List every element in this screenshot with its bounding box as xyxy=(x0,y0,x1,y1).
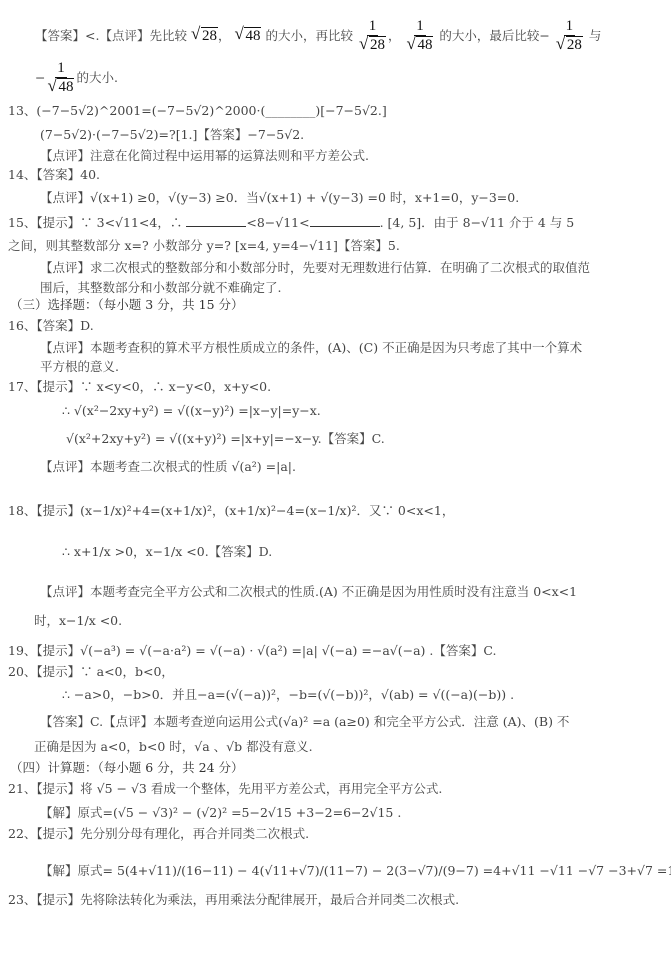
q17-comment: 【点评】本题考查二次根式的性质 √(a²) =|a|. xyxy=(40,459,296,475)
q15-line-1: 15、【提示】∵ 3<√11<4，∴ <8−√11<. [4, 5]．由于 8−… xyxy=(8,215,574,231)
q14-comment-text: √(x+1) ≥0，√(y−3) ≥0．当√(x+1) + √(y−3) =0 … xyxy=(90,190,519,205)
q18-comment-1: 【点评】本题考查完全平方公式和二次根式的性质.(A) 不正确是因为用性质时没有注… xyxy=(40,584,577,600)
q13-hint: (−7−5√2)^2001=(−7−5√2)^2000·(________)[−… xyxy=(36,103,386,118)
question-number: 14、 xyxy=(8,167,36,182)
q16-answer-text: 【答案】D. xyxy=(36,318,93,333)
blank xyxy=(310,226,380,227)
q22-solution: 【解】原式= 5(4+√11)/(16−11) − 4(√11+√7)/(11−… xyxy=(40,863,671,879)
fraction: 128 xyxy=(556,18,583,55)
intro-text: 的大小，再比较 xyxy=(265,28,353,43)
blank xyxy=(186,226,246,227)
answer-value: <. xyxy=(85,28,99,43)
section-3-heading: （三）选择题：（每小题 3 分，共 15 分） xyxy=(10,297,244,313)
question-number: 23、 xyxy=(8,892,36,907)
intro-text: 先比较 xyxy=(149,28,187,43)
fraction: 148 xyxy=(406,18,433,55)
intro-text: 的大小. xyxy=(76,70,117,85)
answer-label: 【答案】 xyxy=(35,28,85,43)
q16-answer: 16、【答案】D. xyxy=(8,318,94,334)
comment-label: 【点评】 xyxy=(99,28,149,43)
q19-text: 【提示】√(−a³) = √(−a·a²) = √(−a) · √(a²) =|… xyxy=(36,643,496,658)
q13-line-1: 13、(−7−5√2)^2001=(−7−5√2)^2000·(________… xyxy=(8,103,387,119)
q21-hint-text: 【提示】将 √5 − √3 看成一个整体，先用平方差公式，再用完全平方公式. xyxy=(36,781,442,796)
q23-hint: 23、【提示】先将除法转化为乘法，再用乘法分配律展开，最后合并同类二次根式. xyxy=(8,892,459,908)
question-number: 15、 xyxy=(8,215,36,230)
q22-hint: 22、【提示】先分别分母有理化，再合并同类二次根式. xyxy=(8,826,309,842)
q15-text: <8−√11< xyxy=(246,215,309,230)
question-number: 21、 xyxy=(8,781,36,796)
sqrt-28: 28 xyxy=(191,28,218,44)
q20-answer-1: 【答案】C.【点评】本题考查逆向运用公式(√a)² =a (a≥0) 和完全平方… xyxy=(40,714,569,730)
q20-line-2: ∴ −a>0，−b>0．并且−a=(√(−a))²，−b=(√(−b))²，√(… xyxy=(62,687,514,703)
q17-line-1: ∴ √(x²−2xy+y²) = √((x−y)²) =|x−y|=y−x. xyxy=(62,403,321,419)
q20-hint-text: 【提示】∵ a<0，b<0， xyxy=(36,664,174,679)
intro-line-1: 【答案】<.【点评】先比较 28， 48 的大小，再比较 128， 148 的大… xyxy=(35,18,601,55)
q23-hint-text: 【提示】先将除法转化为乘法，再用乘法分配律展开，最后合并同类二次根式. xyxy=(36,892,459,907)
q14-comment: 【点评】√(x+1) ≥0，√(y−3) ≥0．当√(x+1) + √(y−3)… xyxy=(40,190,519,206)
q19-hint: 19、【提示】√(−a³) = √(−a·a²) = √(−a) · √(a²)… xyxy=(8,643,496,659)
question-number: 20、 xyxy=(8,664,36,679)
intro-line-2: −148的大小. xyxy=(35,60,118,97)
question-number: 22、 xyxy=(8,826,36,841)
q14-answer-text: 【答案】40. xyxy=(36,167,100,182)
question-number: 17、 xyxy=(8,379,36,394)
q18-line-2: ∴ x+1/x >0，x−1/x <0.【答案】D. xyxy=(62,544,272,560)
fraction: 148 xyxy=(47,60,74,97)
comment-label: 【点评】 xyxy=(40,190,90,205)
q18-hint: 18、【提示】(x−1/x)²+4=(x+1/x)²，(x+1/x)²−4=(x… xyxy=(8,503,454,519)
q16-comment-2: 平方根的意义. xyxy=(40,359,119,375)
intro-text: 与 xyxy=(589,28,602,43)
q20-answer-2: 正确是因为 a<0，b<0 时，√a 、√b 都没有意义. xyxy=(34,739,313,755)
q18-comment-2: 时，x−1/x <0. xyxy=(34,613,122,629)
q15-line-2: 之间，则其整数部分 x=? 小数部分 y=? [x=4, y=4−√11]【答案… xyxy=(8,238,400,254)
q21-solution: 【解】原式=(√5 − √3)² − (√2)² =5−2√15 +3−2=6−… xyxy=(40,805,401,821)
fraction: 128 xyxy=(359,18,386,55)
question-number: 19、 xyxy=(8,643,36,658)
q17-hint-text: 【提示】∵ x<y<0，∴ x−y<0，x+y<0. xyxy=(36,379,271,394)
q20-hint: 20、【提示】∵ a<0，b<0， xyxy=(8,664,174,680)
q16-comment-1: 【点评】本题考查积的算术平方根性质成立的条件，(A)、(C) 不正确是因为只考虑… xyxy=(40,340,582,356)
section-4-heading: （四）计算题：（每小题 6 分，共 24 分） xyxy=(10,760,244,776)
q15-text: . [4, 5]．由于 8−√11 介于 4 与 5 xyxy=(380,215,575,230)
intro-text: 的大小，最后比较− xyxy=(439,28,549,43)
question-number: 13、 xyxy=(8,103,36,118)
sqrt-48: 48 xyxy=(234,28,261,44)
q17-line-2: √(x²+2xy+y²) = √((x+y)²) =|x+y|=−x−y.【答案… xyxy=(66,431,385,447)
question-number: 16、 xyxy=(8,318,36,333)
q13-line-2: (7−5√2)·(−7−5√2)=?[1.]【答案】−7−5√2. xyxy=(40,127,304,143)
q13-comment: 【点评】注意在化简过程中运用幂的运算法则和平方差公式. xyxy=(40,148,369,164)
q15-comment-1: 【点评】求二次根式的整数部分和小数部分时，先要对无理数进行估算．在明确了二次根式… xyxy=(40,260,590,276)
q15-comment-2: 围后，其整数部分和小数部分就不难确定了. xyxy=(40,280,281,296)
q22-hint-text: 【提示】先分别分母有理化，再合并同类二次根式. xyxy=(36,826,309,841)
q21-hint: 21、【提示】将 √5 − √3 看成一个整体，先用平方差公式，再用完全平方公式… xyxy=(8,781,442,797)
question-number: 18、 xyxy=(8,503,36,518)
q14-answer: 14、【答案】40. xyxy=(8,167,100,183)
q15-text: 【提示】∵ 3<√11<4，∴ xyxy=(36,215,182,230)
q18-hint-text: 【提示】(x−1/x)²+4=(x+1/x)²，(x+1/x)²−4=(x−1/… xyxy=(36,503,454,518)
q17-hint: 17、【提示】∵ x<y<0，∴ x−y<0，x+y<0. xyxy=(8,379,271,395)
